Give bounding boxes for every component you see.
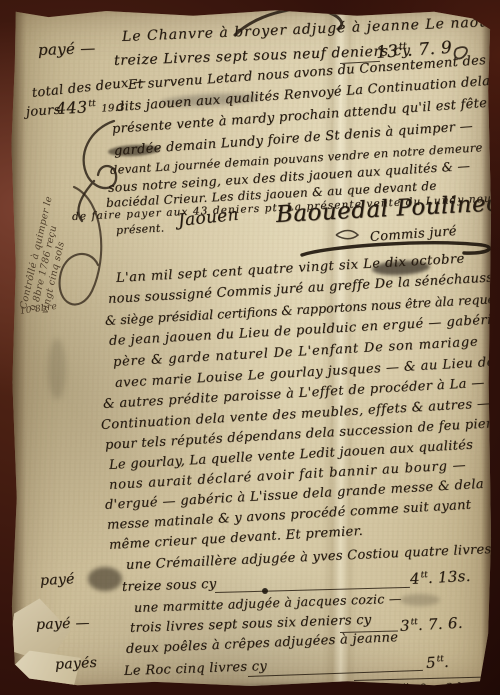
item-line: treize sous cy — [122, 577, 217, 595]
ink-bleed-mark — [88, 567, 122, 591]
amount-livres: 4 — [410, 569, 421, 587]
ruling-dash — [248, 670, 423, 677]
amount-livres: 13 — [384, 682, 402, 695]
signature-clerk-title: Commis juré — [369, 224, 457, 245]
margin-control-note: Contrôllé à quimper le 9 8bre 1786 reçu … — [18, 136, 90, 315]
item-amount: 5tt. — [426, 653, 450, 672]
manuscript-photo: payé — total des deux — jours 443tt 19.3… — [0, 0, 500, 695]
item-line: une marmitte adjugée à jacques cozic — — [134, 591, 402, 615]
margin-total-amount: 443tt 19.3 — [56, 95, 126, 118]
margin-paid-note: payé — — [38, 39, 96, 59]
manuscript-page: payé — total des deux — jours 443tt 19.3… — [10, 9, 492, 688]
amount-livres: 5 — [426, 653, 437, 671]
bleed-through — [48, 339, 66, 399]
livres-unit: tt — [88, 98, 96, 109]
amount-livres: 3 — [400, 616, 411, 634]
amount-sous-deniers: . — [443, 653, 449, 671]
amount-sous-deniers: . 0s. 6d — [409, 680, 462, 695]
item-paid-note: payé — [40, 571, 75, 589]
amount-sous-deniers: . 7. 6. — [417, 614, 463, 634]
smudge — [205, 683, 335, 695]
item-paid-note: payé — — [36, 615, 90, 633]
left-torn-edge — [10, 9, 26, 688]
page-total-amount: 13tt. 0s. 6d — [384, 680, 462, 695]
total-livres: 443 — [56, 97, 88, 118]
bleed-through — [400, 594, 440, 606]
item-line: Le Roc cinq livres cy — [124, 659, 267, 679]
item-amount: 3tt. 7. 6. — [400, 614, 464, 635]
consent-line: présent. — [116, 221, 165, 237]
title-squiggle — [336, 231, 358, 239]
item-amount: 4tt. 13s. — [410, 567, 472, 588]
item-paid-note: payés — [55, 655, 98, 673]
amount-sous-deniers: . 13s. — [427, 567, 471, 587]
